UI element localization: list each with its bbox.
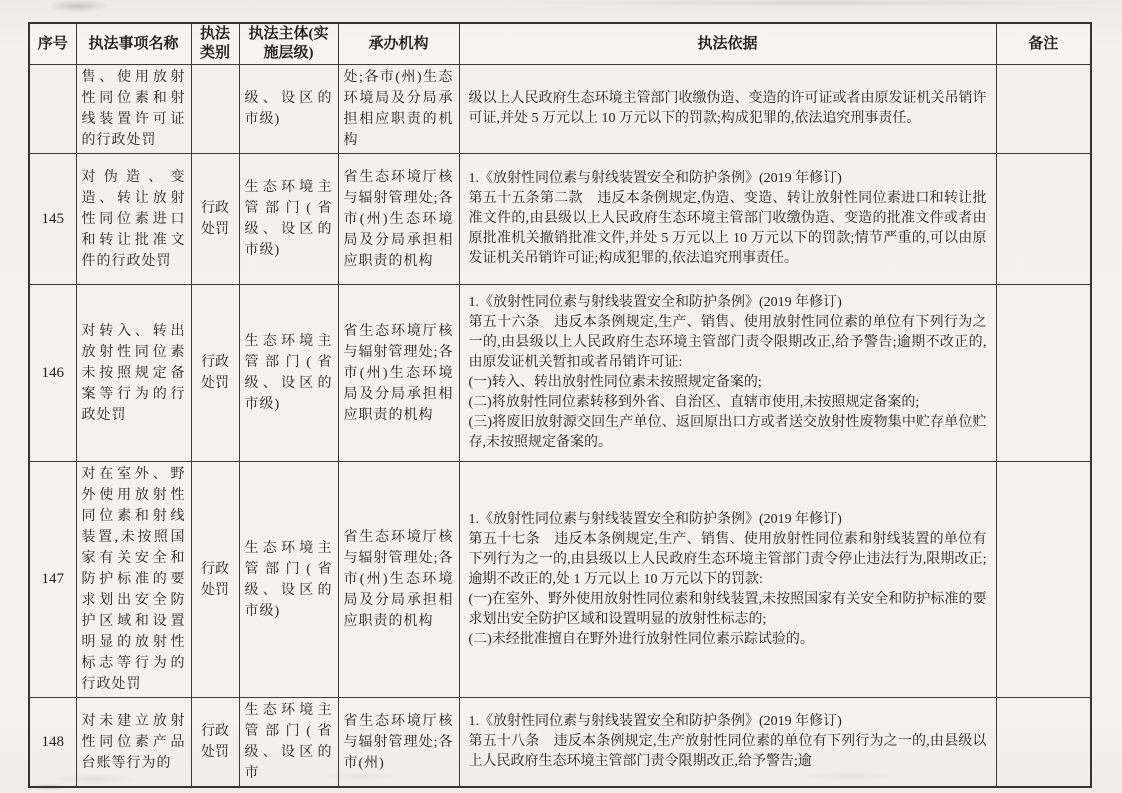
col-header-organ: 承办机构 — [338, 23, 459, 65]
cell-organ: 省生态环境厅核与辐射管理处;各市(州)生态环境局及分局承担相应职责的机构 — [338, 462, 459, 698]
col-header-basis: 执法依据 — [459, 23, 996, 65]
cell-seq: 145 — [29, 154, 76, 285]
cell-basis: 1.《放射性同位素与射线装置安全和防护条例》(2019 年修订) 第五十八条 违… — [459, 698, 996, 788]
table-row: 147 对在室外、野外使用放射性同位素和射线装置,未按照国家有关安全和防护标准的… — [29, 462, 1091, 698]
cell-seq: 146 — [29, 285, 76, 462]
col-header-note: 备注 — [996, 23, 1091, 65]
cell-basis: 级以上人民政府生态环境主管部门收缴伪造、变造的许可证或者由原发证机关吊销许可证,… — [459, 65, 996, 154]
table-row: 148 对未建立放射性同位素产品台账等行为的 行政处罚 生态环境主管部门(省级、… — [29, 698, 1091, 788]
cell-note — [996, 65, 1091, 154]
cell-organ: 省生态环境厅核与辐射管理处;各市(州)生态环境局及分局承担相应职责的机构 — [338, 154, 459, 285]
cell-note — [996, 698, 1091, 788]
cell-subject: 生态环境主管部门(省级、设区的市级) — [239, 154, 338, 285]
cell-subject: 生态环境主管部门(省级、设区的市 — [239, 698, 338, 788]
table-row: 146 对转入、转出放射性同位素未按照规定备案等行为的行政处罚 行政处罚 生态环… — [29, 285, 1091, 462]
table-row: 145 对伪造、变造、转让放射性同位素进口和转让批准文件的行政处罚 行政处罚 生… — [29, 154, 1091, 285]
col-header-name: 执法事项名称 — [76, 23, 191, 65]
cell-name: 对伪造、变造、转让放射性同位素进口和转让批准文件的行政处罚 — [76, 154, 191, 285]
table-row: 售、使用放射性同位素和射线装置许可证的行政处罚 级、设区的市级) 处;各市(州)… — [29, 65, 1091, 154]
cell-organ: 省生态环境厅核与辐射管理处;各市(州) — [338, 698, 459, 788]
cell-basis: 1.《放射性同位素与射线装置安全和防护条例》(2019 年修订) 第五十六条 违… — [459, 285, 996, 462]
cell-category: 行政处罚 — [191, 462, 239, 698]
cell-name: 售、使用放射性同位素和射线装置许可证的行政处罚 — [76, 65, 191, 154]
cell-subject: 生态环境主管部门(省级、设区的市级) — [239, 285, 338, 462]
cell-category — [191, 65, 239, 154]
enforcement-items-table: 序号 执法事项名称 执法类别 执法主体(实施层级) 承办机构 执法依据 备注 售… — [28, 22, 1092, 788]
cell-category: 行政处罚 — [191, 285, 239, 462]
cell-seq — [29, 65, 76, 154]
cell-category: 行政处罚 — [191, 154, 239, 285]
cell-basis: 1.《放射性同位素与射线装置安全和防护条例》(2019 年修订) 第五十七条 违… — [459, 462, 996, 698]
cell-name: 对在室外、野外使用放射性同位素和射线装置,未按照国家有关安全和防护标准的要求划出… — [76, 462, 191, 698]
cell-note — [996, 462, 1091, 698]
cell-seq: 147 — [29, 462, 76, 698]
cell-organ: 省生态环境厅核与辐射管理处;各市(州)生态环境局及分局承担相应职责的机构 — [338, 285, 459, 462]
col-header-seq: 序号 — [29, 23, 76, 65]
col-header-subject: 执法主体(实施层级) — [239, 23, 338, 65]
cell-note — [996, 154, 1091, 285]
cell-category: 行政处罚 — [191, 698, 239, 788]
cell-name: 对转入、转出放射性同位素未按照规定备案等行为的行政处罚 — [76, 285, 191, 462]
header-row: 序号 执法事项名称 执法类别 执法主体(实施层级) 承办机构 执法依据 备注 — [29, 23, 1091, 65]
cell-subject: 级、设区的市级) — [239, 65, 338, 154]
cell-note — [996, 285, 1091, 462]
cell-organ: 处;各市(州)生态环境局及分局承担相应职责的机构 — [338, 65, 459, 154]
col-header-category: 执法类别 — [191, 23, 239, 65]
cell-seq: 148 — [29, 698, 76, 788]
cell-basis: 1.《放射性同位素与射线装置安全和防护条例》(2019 年修订) 第五十五条第二… — [459, 154, 996, 285]
cell-name: 对未建立放射性同位素产品台账等行为的 — [76, 698, 191, 788]
scanned-page: 序号 执法事项名称 执法类别 执法主体(实施层级) 承办机构 执法依据 备注 售… — [28, 22, 1090, 754]
cell-subject: 生态环境主管部门(省级、设区的市级) — [239, 462, 338, 698]
